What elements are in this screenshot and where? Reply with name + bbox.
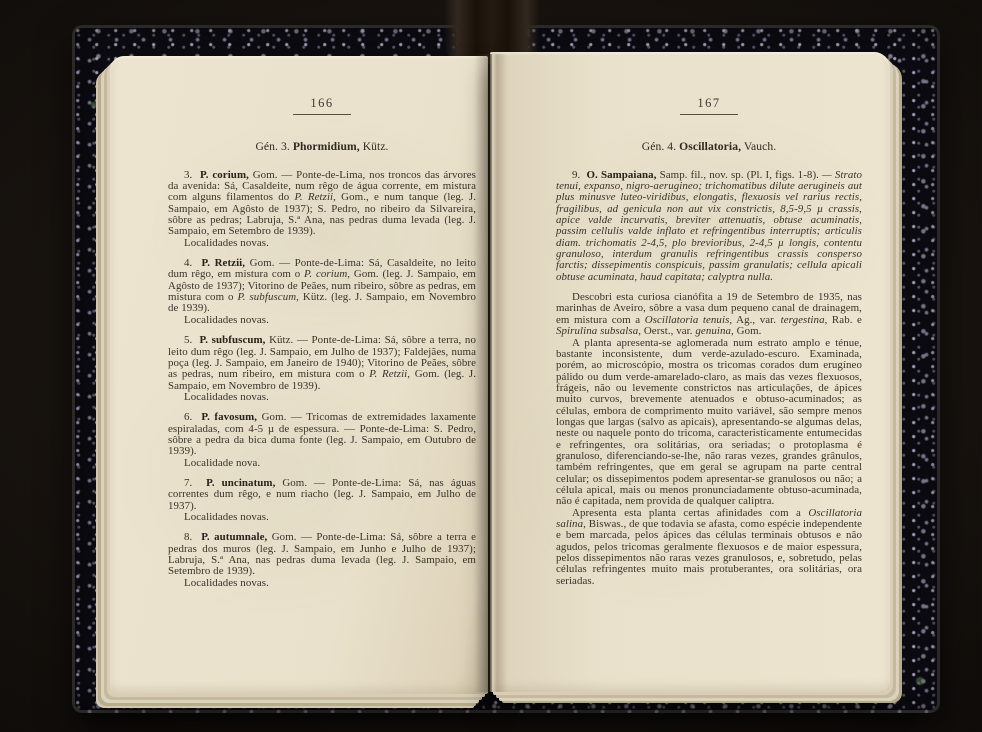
species-name-inline: genuina <box>695 325 731 337</box>
page-left: 166 Gén. 3. Phormidium, Kütz. 3. P. cori… <box>110 56 488 694</box>
species-entries: 3. P. corium, Gom. — Ponte-de-Lima, nos … <box>168 170 476 589</box>
genus-name: Oscillatoria, <box>679 140 741 153</box>
page-number-rule <box>680 114 738 115</box>
species-entry-text: 9. O. Sampaiana, Samp. fil., nov. sp. (P… <box>556 170 862 283</box>
species-name: O. Sampaiana, <box>587 169 657 181</box>
locality-note: Localidades novas. <box>168 512 476 523</box>
species-name-inline: P. subfuscum <box>237 291 296 303</box>
text-run: , Biswas., de que todavia se afasta, com… <box>556 518 862 587</box>
entry-number: 7. <box>184 477 192 489</box>
species-entry: 9. O. Sampaiana, Samp. fil., nov. sp. (P… <box>556 170 862 283</box>
species-name-inline: Oscillatoria tenuis <box>645 314 730 326</box>
species-entry: 5. P. subfuscum, Kütz. — Ponte-de-Lima: … <box>168 335 476 403</box>
text-run: , Ag., var. <box>729 314 780 326</box>
paragraph: A planta apresenta-se aglomerada num est… <box>556 338 862 508</box>
text-run: Apresenta esta planta certas afinidades … <box>572 507 808 519</box>
genus-name: Phormidium, <box>293 140 360 153</box>
species-entry-text: 4. P. Retzii, Gom. — Ponte-de-Lima: Sá, … <box>168 258 476 315</box>
text-run: A planta apresenta-se aglomerada num est… <box>556 337 862 508</box>
locality-note: Localidades novas. <box>168 315 476 326</box>
species-entry: 7. P. uncinatum, Gom. — Ponte-de-Lima: S… <box>168 478 476 523</box>
species-name: P. favosum, <box>201 411 257 423</box>
species-entry-text: 3. P. corium, Gom. — Ponte-de-Lima, nos … <box>168 170 476 238</box>
entry-number: 5. <box>184 334 192 346</box>
species-name: P. Retzii, <box>201 257 245 269</box>
page-number-block: 166 <box>168 98 476 115</box>
species-name: P. subfuscum, <box>200 334 266 346</box>
locality-note: Localidades novas. <box>168 392 476 403</box>
page-number-rule <box>293 114 351 115</box>
entry-number: 8. <box>184 531 192 543</box>
page-number: 167 <box>697 96 720 110</box>
species-entry-text: 5. P. subfuscum, Kütz. — Ponte-de-Lima: … <box>168 335 476 392</box>
genus-heading: Gén. 4. Oscillatoria, Vauch. <box>556 141 862 152</box>
text-run: , Rab. e <box>825 314 862 326</box>
species-entry: 4. P. Retzii, Gom. — Ponte-de-Lima: Sá, … <box>168 258 476 326</box>
genus-label: Gén. 4. <box>642 140 676 153</box>
species-name: P. uncinatum, <box>206 477 275 489</box>
page-right: 167 Gén. 4. Oscillatoria, Vauch. 9. O. S… <box>490 52 890 692</box>
species-entry: 6. P. favosum, Gom. — Tricomas de extrem… <box>168 412 476 469</box>
page-number: 166 <box>310 96 333 110</box>
species-entry: 3. P. corium, Gom. — Ponte-de-Lima, nos … <box>168 170 476 249</box>
page-number-block: 167 <box>556 98 862 115</box>
locality-note: Localidades novas. <box>168 578 476 589</box>
entry-number: 3. <box>184 169 192 181</box>
latin-diagnosis: — Strato tenui, expanso, nigro-aerugineo… <box>556 169 862 283</box>
species-name: P. autumnale, <box>201 531 267 543</box>
species-entry-text: 6. P. favosum, Gom. — Tricomas de extrem… <box>168 412 476 457</box>
locality-note: Localidades novas. <box>168 238 476 249</box>
species-entry: 8. P. autumnale, Gom. — Ponte-de-Lima: S… <box>168 532 476 589</box>
species-entry-text: 8. P. autumnale, Gom. — Ponte-de-Lima: S… <box>168 532 476 577</box>
book-photo: 166 Gén. 3. Phormidium, Kütz. 3. P. cori… <box>0 0 982 732</box>
entry-number: 9. <box>572 169 580 181</box>
genus-heading: Gén. 3. Phormidium, Kütz. <box>168 141 476 152</box>
species-name-inline: P. corium <box>304 268 347 280</box>
entry-number: 6. <box>184 411 192 423</box>
paragraph: Apresenta esta planta certas afinidades … <box>556 508 862 587</box>
description-paragraphs: Descobri esta curiosa cianófita a 19 de … <box>556 292 862 587</box>
entry-attribution: Samp. fil., nov. sp. (Pl. I, figs. 1-8). <box>660 169 819 181</box>
text-run: , Oerst., var. <box>638 325 695 337</box>
species-name-inline: P. Retzii <box>295 191 334 203</box>
entry-number: 4. <box>184 257 192 269</box>
paragraph: Descobri esta curiosa cianófita a 19 de … <box>556 292 862 337</box>
species-name-inline: tergestina <box>781 314 825 326</box>
species-name-inline: P. Retzii <box>369 368 407 380</box>
genus-authority: Vauch. <box>744 140 776 153</box>
text-run: , Gom. <box>731 325 761 337</box>
genus-label: Gén. 3. <box>255 140 289 153</box>
locality-note: Localidade nova. <box>168 458 476 469</box>
species-entry-text: 7. P. uncinatum, Gom. — Ponte-de-Lima: S… <box>168 478 476 512</box>
species-name: P. corium, <box>200 169 249 181</box>
species-name-inline: Spirulina subsalsa <box>556 325 638 337</box>
genus-authority: Kütz. <box>363 140 389 153</box>
